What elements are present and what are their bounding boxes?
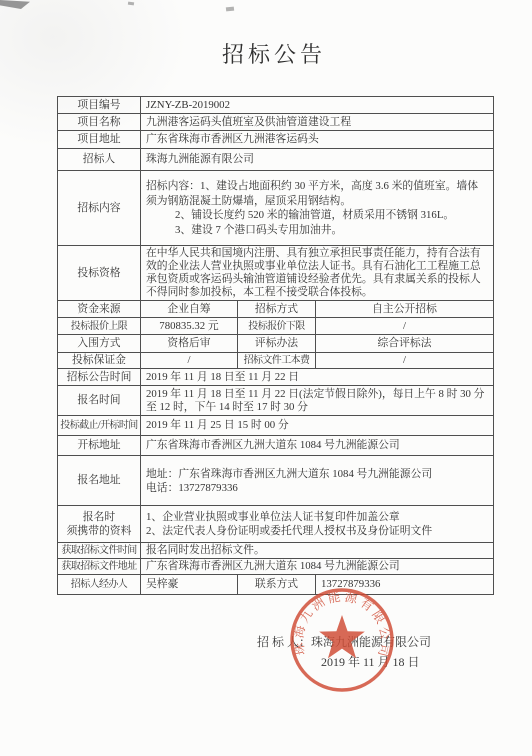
row-label: 招标人经办人: [58, 575, 141, 595]
signup-phone-line: 电话：13727879336: [146, 481, 488, 495]
table-row: 投标截止/开标时间 2019 年 11 月 25 日 15 时 00 分: [58, 416, 494, 436]
row-value: 招标内容：1、建设占地面积约 30 平方米，高度 3.6 米的值班室。墙体须为钢…: [141, 171, 494, 246]
table-row: 招标公告时间 2019 年 11 月 18 日至 11 月 22 日: [58, 369, 494, 386]
row-value: 企业自筹: [141, 301, 238, 318]
bidder-name: 珠海九洲能源有限公司: [311, 635, 431, 649]
signature-date: 2019 年 11 月 18 日: [321, 653, 431, 671]
row-label: 获取招标文件地址: [58, 559, 141, 575]
row-value: /: [316, 318, 494, 335]
table-row: 获取招标文件地址 广东省珠海市香洲区九洲大道东 1084 号九洲能源公司: [58, 559, 494, 575]
row-label: 获取招标文件时间: [58, 543, 141, 559]
row-label: 项目地址: [58, 131, 141, 149]
table-row: 入围方式 资格后审 评标办法 综合评标法: [58, 335, 494, 353]
scanned-document-page: 招标公告 项目编号 JZNY-ZB-2019002 项目名称 九洲港客运码头值班…: [0, 0, 532, 756]
row-value: 九洲港客运码头值班室及供油管道建设工程: [141, 114, 494, 131]
table-row: 投标资格 在中华人民共和国境内注册、具有独立承担民事责任能力，持有合法有效的企业…: [58, 246, 494, 301]
row-value: 自主公开招标: [316, 301, 494, 318]
row-label: 项目编号: [58, 97, 141, 114]
row-label: 投标截止/开标时间: [58, 416, 141, 436]
table-row: 招标内容 招标内容：1、建设占地面积约 30 平方米，高度 3.6 米的值班室。…: [58, 171, 494, 246]
row-value: 地址：广东省珠海市香洲区九洲大道东 1084 号九洲能源公司 电话：137278…: [141, 456, 494, 506]
scan-artifact: [226, 7, 234, 12]
row-label: 招标方式: [238, 301, 316, 318]
row-label: 联系方式: [238, 575, 316, 595]
row-label: 入围方式: [58, 335, 141, 353]
table-row: 项目编号 JZNY-ZB-2019002: [58, 97, 494, 114]
table-row: 获取招标文件时间 报名同时发出招标文件。: [58, 543, 494, 559]
row-value: /: [316, 353, 494, 369]
row-value: 2019 年 11 月 18 日至 11 月 22 日(法定节假日除外)，每日上…: [141, 386, 494, 416]
table-row: 招标人经办人 吴梓豪 联系方式 13727879336: [58, 575, 494, 595]
row-label: 报名地址: [58, 456, 141, 506]
row-value: 广东省珠海市香洲区九洲大道东 1084 号九洲能源公司: [141, 559, 494, 575]
required-doc-line: 1、企业营业执照或事业单位法人证书复印件加盖公章: [146, 510, 488, 524]
row-value: 珠海九洲能源有限公司: [141, 149, 494, 171]
signature-block: 招 标 人：珠海九洲能源有限公司 2019 年 11 月 18 日: [257, 633, 431, 671]
row-value: 广东省珠海市香洲区九洲大道东 1084 号九洲能源公司: [141, 436, 494, 456]
row-value: 报名同时发出招标文件。: [141, 543, 494, 559]
table-row: 项目地址 广东省珠海市香洲区九洲港客运码头: [58, 131, 494, 149]
table-row: 投标保证金 / 招标文件工本费 /: [58, 353, 494, 369]
row-value: 2019 年 11 月 25 日 15 时 00 分: [141, 416, 494, 436]
page-title: 招标公告: [0, 38, 532, 69]
table-row: 资金来源 企业自筹 招标方式 自主公开招标: [58, 301, 494, 318]
row-label: 评标办法: [238, 335, 316, 353]
row-label: 招标内容: [58, 171, 141, 246]
table-row: 开标地址 广东省珠海市香洲区九洲大道东 1084 号九洲能源公司: [58, 436, 494, 456]
scan-artifact: [128, 2, 134, 6]
row-value: 综合评标法: [316, 335, 494, 353]
table-row: 项目名称 九洲港客运码头值班室及供油管道建设工程: [58, 114, 494, 131]
bidder-line: 招 标 人：珠海九洲能源有限公司: [257, 633, 431, 651]
bid-content-line: 招标内容：1、建设占地面积约 30 平方米，高度 3.6 米的值班室。墙体须为钢…: [146, 179, 488, 208]
required-doc-line: 2、法定代表人身份证明或委托代理人授权书及身份证明文件: [146, 524, 488, 538]
row-label: 开标地址: [58, 436, 141, 456]
table-row: 报名地址 地址：广东省珠海市香洲区九洲大道东 1084 号九洲能源公司 电话：1…: [58, 456, 494, 506]
row-label: 投标报价上限: [58, 318, 141, 335]
row-label: 招标人: [58, 149, 141, 171]
row-value: 2019 年 11 月 18 日至 11 月 22 日: [141, 369, 494, 386]
table-row: 报名时 须携带的资料 1、企业营业执照或事业单位法人证书复印件加盖公章 2、法定…: [58, 506, 494, 543]
row-value: 在中华人民共和国境内注册、具有独立承担民事责任能力，持有合法有效的企业法人营业执…: [141, 246, 494, 301]
row-label: 投标资格: [58, 246, 141, 301]
bid-info-table: 项目编号 JZNY-ZB-2019002 项目名称 九洲港客运码头值班室及供油管…: [57, 96, 494, 595]
row-label: 招标公告时间: [58, 369, 141, 386]
table-row: 投标报价上限 780835.32 元 投标报价下限 /: [58, 318, 494, 335]
row-label: 报名时 须携带的资料: [58, 506, 141, 543]
table-row: 招标人 珠海九洲能源有限公司: [58, 149, 494, 171]
row-value: 1、企业营业执照或事业单位法人证书复印件加盖公章 2、法定代表人身份证明或委托代…: [141, 506, 494, 543]
row-value: 780835.32 元: [141, 318, 238, 335]
row-label: 投标保证金: [58, 353, 141, 369]
bid-content-line: 2、铺设长度约 520 米的输油管道，材质采用不锈钢 316L。: [146, 208, 488, 223]
row-value: 资格后审: [141, 335, 238, 353]
row-value: 广东省珠海市香洲区九洲港客运码头: [141, 131, 494, 149]
row-label: 项目名称: [58, 114, 141, 131]
table-row: 报名时间 2019 年 11 月 18 日至 11 月 22 日(法定节假日除外…: [58, 386, 494, 416]
row-value: 13727879336: [316, 575, 494, 595]
row-value: 吴梓豪: [141, 575, 238, 595]
row-label: 资金来源: [58, 301, 141, 318]
signup-address-line: 地址：广东省珠海市香洲区九洲大道东 1084 号九洲能源公司: [146, 467, 488, 481]
row-label: 投标报价下限: [238, 318, 316, 335]
row-value: JZNY-ZB-2019002: [141, 97, 494, 114]
row-label: 报名时间: [58, 386, 141, 416]
bid-content-line: 3、建设 7 个港口码头专用加油井。: [146, 223, 488, 238]
row-value: /: [141, 353, 238, 369]
row-label: 招标文件工本费: [238, 353, 316, 369]
